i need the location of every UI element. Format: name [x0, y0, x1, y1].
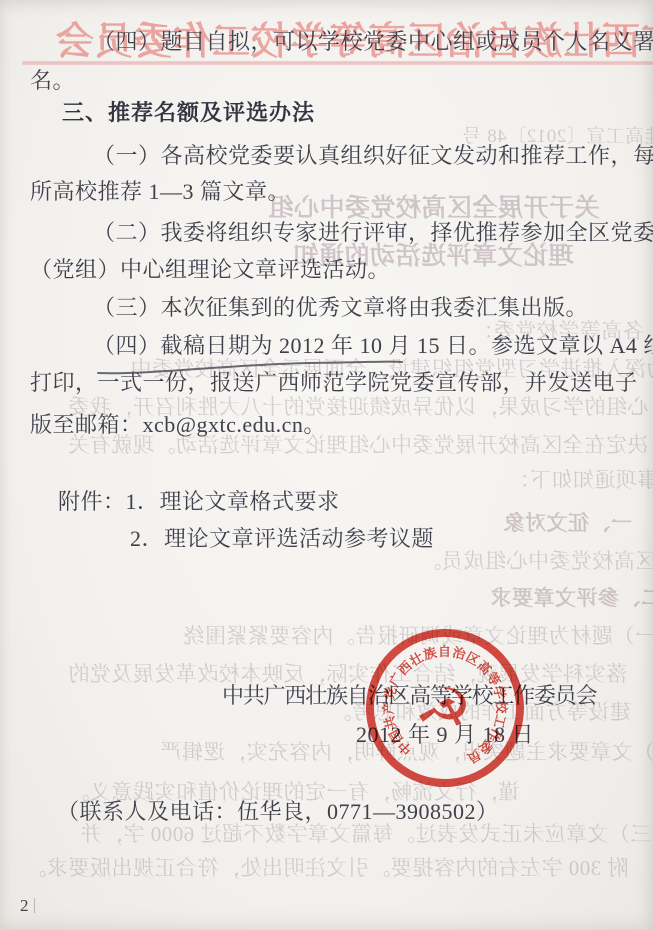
text-line: 三、推荐名额及评选办法	[62, 102, 315, 127]
text-line: （党组）中心组理论文章评选活动。	[30, 258, 390, 283]
text-line: 版至邮箱：xcb@gxtc.edu.cn。	[30, 413, 326, 438]
handwritten-underline	[88, 352, 418, 384]
text-line: 2．理论文章评选活动参考议题	[130, 527, 434, 552]
text-line: 所高校推荐 1—3 篇文章。	[30, 180, 290, 205]
text-line: 附件：1．理论文章格式要求	[58, 490, 340, 515]
text-line: （联系人及电话：伍华良，0771—3908502）	[57, 800, 499, 825]
text-line: （一）各高校党委要认真组织好征文发动和推荐工作，每	[93, 144, 653, 169]
text-line: （四）题目自拟，可以学校党委中心组或成员个人名义署	[93, 30, 653, 55]
scan-artifact-tick	[34, 898, 35, 913]
official-seal: 中国共产党广西壮族自治区高等学校工作委员会 ☭	[355, 618, 535, 798]
bleed-text-line: 附 300 字左右的内容提要。引文注明出处，符合正规出版要求。	[25, 852, 629, 882]
bleed-text-line: 二、参评文章要求	[490, 582, 653, 612]
bleed-text-line: 关于开展全区高校党委中心组	[268, 188, 600, 224]
bleed-text-line: 一、征文对象	[503, 507, 632, 537]
text-line: （三）本次征集到的优秀文章将由我委汇集出版。	[93, 296, 588, 321]
bleed-red-rule	[22, 61, 653, 65]
text-line: 名。	[30, 69, 75, 94]
bleed-text-line: 全区高校党委中心组成员。	[420, 545, 653, 575]
bleed-text-line: 事项通知如下：	[508, 464, 653, 494]
page-number: 2	[20, 896, 29, 916]
document-page: 中共广西壮族自治区高等学校工作委员会桂高工宣〔2012〕48 号关于开展全区高校…	[0, 0, 653, 930]
text-line: （二）我委将组织专家进行评审，择优推荐参加全区党委	[93, 221, 653, 246]
party-emblem-icon: ☭	[408, 668, 482, 751]
